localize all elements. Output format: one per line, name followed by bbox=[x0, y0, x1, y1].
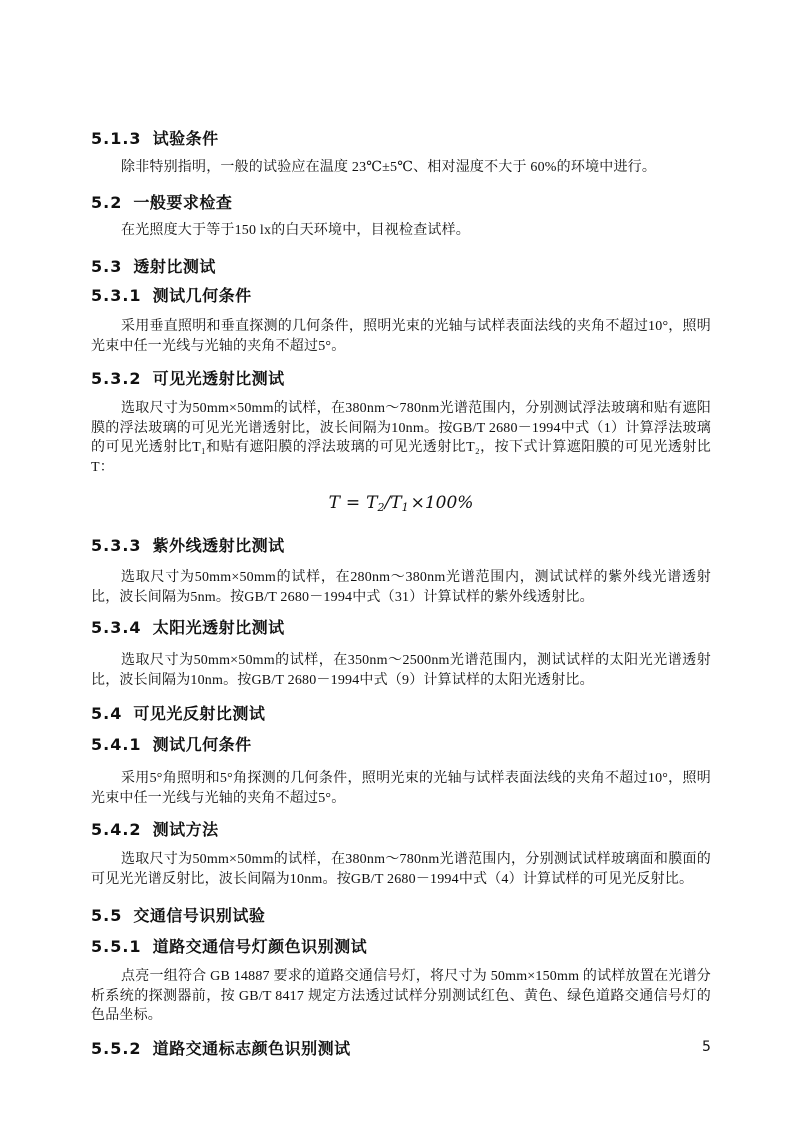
formula-visible-light-transmittance: T=T2/T1×100% bbox=[91, 491, 711, 515]
section-heading-5-4-2: 5.4.2测试方法 bbox=[91, 820, 711, 840]
section-title: 测试几何条件 bbox=[153, 735, 252, 754]
paragraph-reflectance-method: 选取尺寸为50mm×50mm的试样，在380nm～780nm光谱范围内，分别测试… bbox=[91, 850, 711, 889]
section-title: 道路交通标志颜色识别测试 bbox=[153, 1039, 351, 1058]
section-title: 道路交通信号灯颜色识别测试 bbox=[153, 937, 368, 956]
section-heading-5-3-3: 5.3.3紫外线透射比测试 bbox=[91, 536, 711, 556]
paragraph-visible-transmittance: 选取尺寸为50mm×50mm的试样，在380nm～780nm光谱范围内，分别测试… bbox=[91, 399, 711, 477]
section-heading-5-5-2: 5.5.2道路交通标志颜色识别测试 bbox=[91, 1039, 711, 1059]
section-heading-5-3: 5.3透射比测试 bbox=[91, 257, 711, 277]
section-title: 透射比测试 bbox=[133, 257, 216, 276]
formula-equals: = bbox=[346, 493, 360, 513]
section-heading-5-5-1: 5.5.1道路交通信号灯颜色识别测试 bbox=[91, 937, 711, 957]
section-number: 5.3.1 bbox=[91, 286, 142, 306]
section-title: 可见光透射比测试 bbox=[153, 369, 285, 388]
section-heading-5-3-1: 5.3.1测试几何条件 bbox=[91, 286, 711, 306]
section-number: 5.3.2 bbox=[91, 369, 142, 389]
section-title: 试验条件 bbox=[153, 129, 219, 148]
document-page: 5.1.3试验条件 除非特别指明，一般的试验应在温度 23℃±5℃、相对湿度不大… bbox=[0, 0, 800, 1132]
page-number: 5 bbox=[702, 1038, 711, 1056]
section-number: 5.5.1 bbox=[91, 937, 142, 957]
formula-numerator-subscript: 2 bbox=[378, 501, 385, 514]
section-number: 5.3 bbox=[91, 257, 122, 277]
section-number: 5.4.2 bbox=[91, 820, 142, 840]
section-number: 5.5.2 bbox=[91, 1039, 142, 1059]
section-number: 5.3.4 bbox=[91, 618, 142, 638]
section-heading-5-2: 5.2一般要求检查 bbox=[91, 193, 711, 213]
paragraph-general-inspection: 在光照度大于等于150 lx的白天环境中，目视检查试样。 bbox=[91, 221, 711, 241]
section-title: 可见光反射比测试 bbox=[133, 704, 265, 723]
section-number: 5.1.3 bbox=[91, 129, 142, 149]
formula-lhs: T bbox=[329, 493, 340, 513]
paragraph-test-conditions: 除非特别指明，一般的试验应在温度 23℃±5℃、相对湿度不大于 60%的环境中进… bbox=[91, 158, 711, 178]
section-heading-5-4-1: 5.4.1测试几何条件 bbox=[91, 735, 711, 755]
paragraph-geometry-conditions: 采用垂直照明和垂直探测的几何条件，照明光束的光轴与试样表面法线的夹角不超过10°… bbox=[91, 317, 711, 356]
formula-numerator: T bbox=[366, 493, 377, 513]
section-number: 5.3.3 bbox=[91, 536, 142, 556]
section-title: 交通信号识别试验 bbox=[133, 906, 265, 925]
section-number: 5.5 bbox=[91, 906, 122, 926]
paragraph-signal-lamp-color: 点亮一组符合 GB 14887 要求的道路交通信号灯，将尺寸为 50mm×150… bbox=[91, 967, 711, 1026]
section-heading-5-3-2: 5.3.2可见光透射比测试 bbox=[91, 369, 711, 389]
section-number: 5.2 bbox=[91, 193, 122, 213]
page-content: 5.1.3试验条件 除非特别指明，一般的试验应在温度 23℃±5℃、相对湿度不大… bbox=[91, 0, 711, 1059]
paragraph-reflectance-geometry: 采用5°角照明和5°角探测的几何条件，照明光束的光轴与试样表面法线的夹角不超过1… bbox=[91, 769, 711, 808]
formula-denominator: T bbox=[390, 493, 401, 513]
paragraph-solar-transmittance: 选取尺寸为50mm×50mm的试样，在350nm～2500nm光谱范围内，测试试… bbox=[91, 651, 711, 690]
section-heading-5-4: 5.4可见光反射比测试 bbox=[91, 704, 711, 724]
section-title: 测试方法 bbox=[153, 820, 219, 839]
formula-suffix: ×100% bbox=[411, 493, 474, 513]
section-number: 5.4 bbox=[91, 704, 122, 724]
paragraph-uv-transmittance: 选取尺寸为50mm×50mm的试样，在280nm～380nm光谱范围内，测试试样… bbox=[91, 568, 711, 607]
section-title: 紫外线透射比测试 bbox=[153, 536, 285, 555]
section-heading-5-1-3: 5.1.3试验条件 bbox=[91, 129, 711, 149]
formula-denominator-subscript: 1 bbox=[402, 501, 409, 514]
section-number: 5.4.1 bbox=[91, 735, 142, 755]
section-title: 一般要求检查 bbox=[133, 193, 232, 212]
section-title: 测试几何条件 bbox=[153, 286, 252, 305]
section-title: 太阳光透射比测试 bbox=[153, 618, 285, 637]
section-heading-5-5: 5.5交通信号识别试验 bbox=[91, 906, 711, 926]
section-heading-5-3-4: 5.3.4太阳光透射比测试 bbox=[91, 618, 711, 638]
